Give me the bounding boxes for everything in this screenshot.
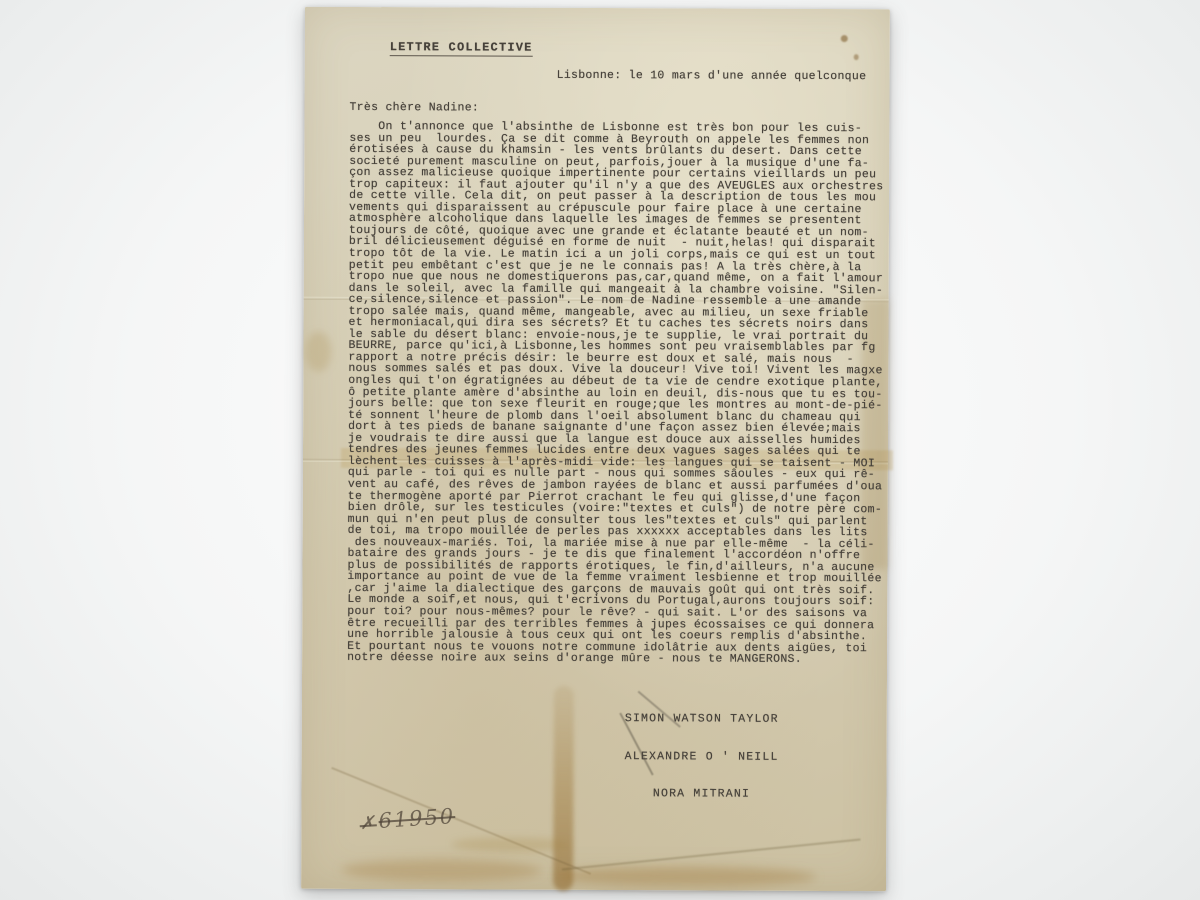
bottom-stain bbox=[341, 859, 541, 882]
bottom-stain bbox=[556, 866, 816, 887]
letter-photograph: LETTRE COLLECTIVE Lisbonne: le 10 mars d… bbox=[0, 0, 1200, 900]
signature-line-2: ALEXANDRE O ' NEILL bbox=[557, 750, 847, 764]
salutation: Très chère Nadine: bbox=[349, 101, 479, 115]
date-line: Lisbonne: le 10 mars d'une année quelcon… bbox=[557, 69, 867, 83]
left-edge-stain bbox=[305, 332, 331, 372]
letter-title: LETTRE COLLECTIVE bbox=[390, 40, 533, 57]
signature-block: SIMON WATSON TAYLOR ALEXANDRE O ' NEILL … bbox=[556, 688, 847, 827]
pencil-number: 61950 bbox=[378, 804, 456, 833]
letter-paper: LETTRE COLLECTIVE Lisbonne: le 10 mars d… bbox=[301, 7, 890, 892]
pencil-scribble: ✗ bbox=[359, 812, 377, 834]
signature-line-3: NORA MITRANI bbox=[556, 788, 846, 802]
ink-spot bbox=[841, 35, 848, 42]
letter-body: On t'annonce que l'absinthe de Lisbonne … bbox=[347, 121, 897, 666]
pencil-inventory-mark: ✗61950 bbox=[359, 804, 456, 834]
signature-line-1: SIMON WATSON TAYLOR bbox=[557, 713, 847, 727]
bottom-stain bbox=[451, 837, 571, 852]
bottom-crease bbox=[562, 838, 861, 870]
ink-spot bbox=[854, 54, 859, 60]
